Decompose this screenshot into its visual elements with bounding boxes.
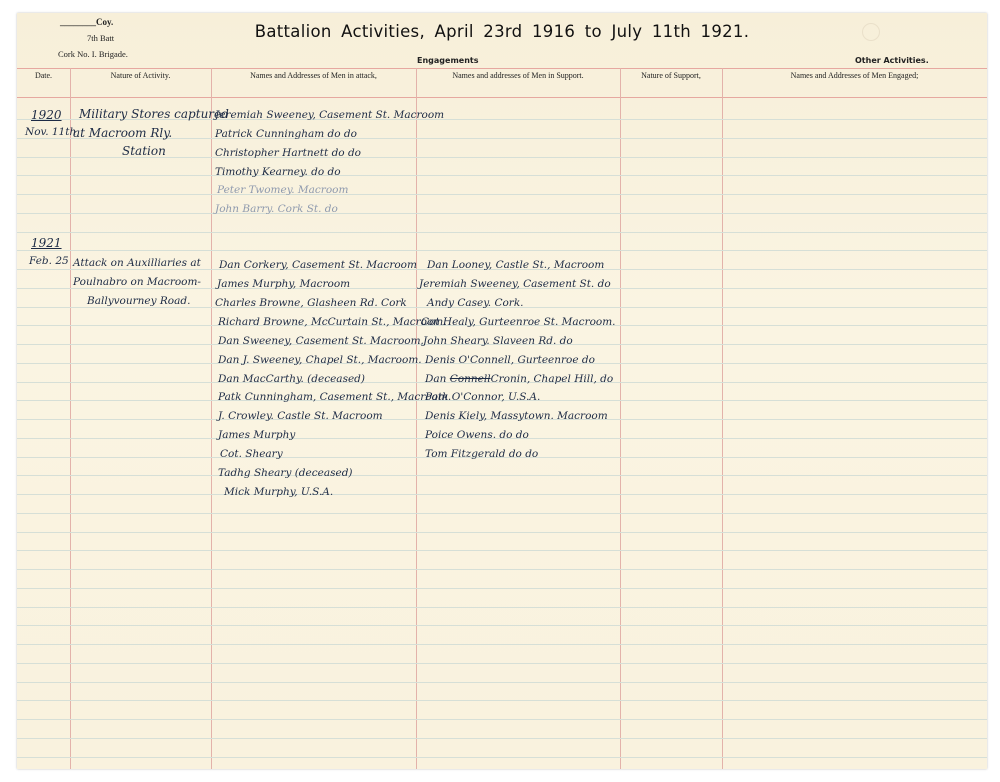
- entry-1-attack-name: Christopher Hartnett do do: [215, 147, 361, 159]
- entry-2-attack-name: Charles Browne, Glasheen Rd. Cork: [215, 297, 407, 309]
- entry-1-attack-name-pencil: Peter Twomey. Macroom: [217, 184, 348, 196]
- entry-2-support-name: Denis Kiely, Massytown. Macroom: [425, 410, 608, 422]
- entry-2-support-name: Jeremiah Sweeney, Casement St. do: [419, 278, 611, 290]
- entry-2-support-name: Dan Looney, Castle St., Macroom: [427, 259, 604, 271]
- entry-2-attack-name: Richard Browne, McCurtain St., Macroom.: [218, 316, 447, 328]
- header-top-rule: [17, 68, 987, 69]
- entry-2-support-name: Cot Healy, Gurteenroe St. Macroom.: [421, 316, 616, 328]
- ruled-line: [17, 175, 987, 176]
- struck-out-word: Connell: [450, 373, 491, 385]
- entry-2-date-year: 1921: [31, 236, 62, 250]
- column-header-men-in-support: Names and addresses of Men in Support.: [416, 71, 620, 80]
- ruled-line: [17, 663, 987, 664]
- entry-2-attack-name: Dan Sweeney, Casement St. Macroom.: [218, 335, 424, 347]
- entry-1-attack-name: Patrick Cunningham do do: [215, 128, 357, 140]
- entry-2-attack-name: Mick Murphy, U.S.A.: [224, 486, 333, 498]
- entry-1-activity-line: at Macroom Rly.: [73, 126, 172, 140]
- ruled-line: [17, 607, 987, 608]
- entry-1-attack-name-pencil: John Barry. Cork St. do: [215, 203, 338, 215]
- entry-1-date-day: Nov. 11th: [25, 126, 76, 138]
- entry-2-activity-line: Attack on Auxilliaries at: [73, 257, 201, 269]
- entry-2-attack-name: James Murphy, Macroom: [217, 278, 350, 290]
- entry-2-support-name: Andy Casey. Cork.: [427, 297, 524, 309]
- entry-2-attack-name: Cot. Sheary: [220, 448, 283, 460]
- entry-2-activity-line: Poulnabro on Macroom-: [73, 276, 201, 288]
- column-header-date: Date.: [17, 71, 70, 80]
- entry-2-support-name: Poice Owens. do do: [425, 429, 529, 441]
- ruled-line: [17, 625, 987, 626]
- entry-2-attack-name: Dan J. Sweeney, Chapel St., Macroom.: [218, 354, 422, 366]
- ruled-line: [17, 213, 987, 214]
- brigade-label: Cork No. I. Brigade.: [58, 49, 128, 59]
- ruled-line: [17, 644, 987, 645]
- ruled-line: [17, 550, 987, 551]
- ruled-line: [17, 532, 987, 533]
- entry-2-attack-name: J. Crowley. Castle St. Macroom: [218, 410, 383, 422]
- entry-1-activity-line: Military Stores captured: [79, 107, 229, 121]
- ledger-page: ________Coy. 7th Batt Cork No. I. Brigad…: [17, 13, 987, 769]
- support-name-prefix: Dan: [425, 373, 450, 385]
- ruled-line: [17, 738, 987, 739]
- entry-2-support-name: Dan ConnellCronin, Chapel Hill, do: [425, 373, 613, 385]
- entry-2-support-name: Patk O'Connor, U.S.A.: [425, 391, 540, 403]
- header-bottom-rule: [17, 97, 987, 98]
- entry-2-attack-name: Dan Corkery, Casement St. Macroom: [219, 259, 417, 271]
- entry-2-date-day: Feb. 25: [29, 255, 69, 267]
- ruled-line: [17, 719, 987, 720]
- ruled-line: [17, 232, 987, 233]
- entry-1-attack-name: Timothy Kearney. do do: [215, 166, 341, 178]
- entry-2-attack-name: Tadhg Sheary (deceased): [218, 467, 353, 479]
- support-name-rest: Cronin, Chapel Hill, do: [491, 373, 614, 385]
- ruled-line: [17, 194, 987, 195]
- ruled-line: [17, 475, 987, 476]
- entry-1-date-year: 1920: [31, 108, 62, 122]
- entry-2-support-name: Denis O'Connell, Gurteenroe do: [425, 354, 595, 366]
- entry-1-attack-name: Jeremiah Sweeney, Casement St. Macroom: [215, 109, 444, 121]
- entry-2-attack-name: Dan MacCarthy. (deceased): [218, 373, 365, 385]
- ruled-line: [17, 700, 987, 701]
- column-header-nature-of-activity: Nature of Activity.: [70, 71, 211, 80]
- column-header-men-in-attack: Names and Addresses of Men in attack,: [211, 71, 416, 80]
- ruled-line: [17, 588, 987, 589]
- column-header-men-engaged: Names and Addresses of Men Engaged;: [722, 71, 987, 80]
- ruled-line: [17, 513, 987, 514]
- ruled-line: [17, 250, 987, 251]
- entry-2-attack-name: James Murphy: [218, 429, 295, 441]
- section-engagements: Engagements: [417, 56, 478, 65]
- entry-2-support-name: Tom Fitzgerald do do: [425, 448, 538, 460]
- pencil-page-number-mark: [862, 23, 880, 41]
- ruled-line: [17, 494, 987, 495]
- entry-2-support-name: John Sheary. Slaveen Rd. do: [423, 335, 573, 347]
- ruled-line: [17, 682, 987, 683]
- entry-1-activity-line: Station: [122, 144, 166, 158]
- ruled-line: [17, 569, 987, 570]
- column-header-nature-of-support: Nature of Support,: [620, 71, 722, 80]
- entry-2-activity-line: Ballyvourney Road.: [87, 295, 190, 307]
- section-other-activities: Other Activities.: [855, 56, 929, 65]
- entry-2-attack-name: Patk Cunningham, Casement St., Macroom.: [218, 391, 451, 403]
- ruled-line: [17, 757, 987, 758]
- page-title: Battalion Activities, April 23rd 1916 to…: [17, 22, 987, 41]
